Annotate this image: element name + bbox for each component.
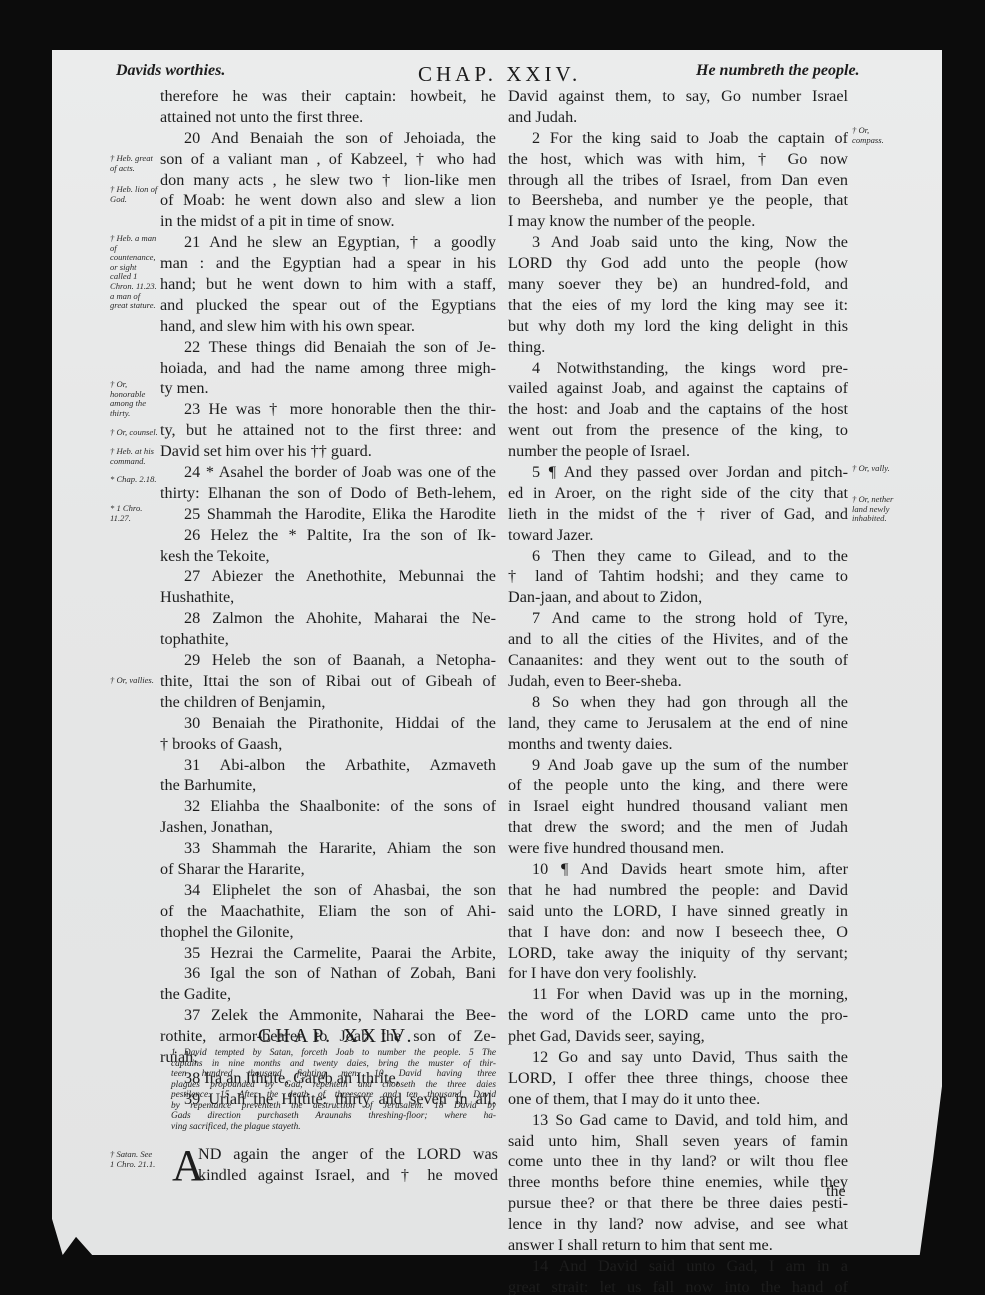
margin-note: * 1 Chro. 11.27.: [110, 504, 158, 523]
text-line: thing.: [508, 337, 848, 358]
text-line: that the eies of my lord the king may se…: [508, 295, 848, 316]
text-line: 33 Shammah the Hararite, Ahiam the son: [160, 838, 496, 859]
text-line: 23 He was † more honorable then the thir…: [160, 399, 496, 420]
text-line: † land of Tahtim hodshi; and they came t…: [508, 566, 848, 587]
text-line: David against them, to say, Go number Is…: [508, 86, 848, 107]
text-line: hoiada, and had the name among three mig…: [160, 358, 496, 379]
text-line: said unto him, Shall seven years of fami…: [508, 1131, 848, 1152]
text-line: that I have don: and now I beseech thee,…: [508, 922, 848, 943]
text-line: Dan-jaan, and about to Zidon,: [508, 587, 848, 608]
text-line: 35 Hezrai the Carmelite, Paarai the Arbi…: [160, 943, 496, 964]
opening-verse: ND again the anger of the LORD was kindl…: [198, 1144, 498, 1186]
text-line: and to all the cities of the Hivites, an…: [508, 629, 848, 650]
text-line: 6 Then they came to Gilead, and to the: [508, 546, 848, 567]
running-head-left: Davids worthies.: [116, 62, 225, 84]
running-head-right: He numbreth the people.: [696, 62, 860, 84]
text-line: 10 ¶ And Davids heart smote him, after: [508, 859, 848, 880]
text-line: 22 These things did Benaiah the son of J…: [160, 337, 496, 358]
text-line: 4 Notwithstanding, the kings word pre-: [508, 358, 848, 379]
text-line: LORD, I offer thee three things, choose …: [508, 1068, 848, 1089]
text-line: 8 So when they had gon through all the: [508, 692, 848, 713]
text-line: 7 And came to the strong hold of Tyre,: [508, 608, 848, 629]
text-line: the host, which was with him, † Go now: [508, 149, 848, 170]
margin-note: † Or, nether land newly inhabited.: [852, 495, 898, 524]
text-line: 34 Eliphelet the son of Ahasbai, the son: [160, 880, 496, 901]
summary-line: pestilence. 15 After the death of threes…: [171, 1090, 496, 1101]
text-line: Canaanites: and they went out to the sou…: [508, 650, 848, 671]
text-line: LORD, take away the iniquity of thy serv…: [508, 943, 848, 964]
text-line: but why doth my lord the king delight in…: [508, 316, 848, 337]
text-line: were five hundred thousand men.: [508, 838, 848, 859]
margin-note: † Heb. at his command.: [110, 447, 158, 466]
text-line: don many acts , he slew two † lion-like …: [160, 170, 496, 191]
margin-note: † Or, counsel.: [110, 428, 158, 438]
text-line: vailed against Joab, and against the cap…: [508, 378, 848, 399]
text-line: that he had numbred the people: and Davi…: [508, 880, 848, 901]
text-line: great strait: let us fall now into the h…: [508, 1277, 848, 1295]
text-line: come unto thee in thy land? or wilt thou…: [508, 1151, 848, 1172]
text-line: of Moab: he went down also and slew a li…: [160, 190, 496, 211]
text-line: 37 Zelek the Ammonite, Naharai the Bee-: [160, 1005, 496, 1026]
text-line: 28 Zalmon the Ahohite, Maharai the Ne-: [160, 608, 496, 629]
text-line: therefore he was their captain: howbeit,…: [160, 86, 496, 107]
text-line: kesh the Tekoite,: [160, 546, 496, 567]
margin-note: † Or, honorable among the thirty.: [110, 380, 158, 418]
text-line: the host: and Joab and the captains of t…: [508, 399, 848, 420]
margin-note: † Satan. See 1 Chro. 21.1.: [110, 1150, 158, 1169]
text-line: 29 Heleb the son of Baanah, a Netopha-: [160, 650, 496, 671]
text-line: 5 ¶ And they passed over Jordan and pitc…: [508, 462, 848, 483]
opening-line-1: ND again the anger of the LORD was: [198, 1144, 498, 1165]
summary-line: captains in nine months and twenty daies…: [171, 1059, 496, 1070]
text-line: 21 And he slew an Egyptian, † a goodly: [160, 232, 496, 253]
text-line: 12 Go and say unto David, Thus saith the: [508, 1047, 848, 1068]
text-line: thophel the Gilonite,: [160, 922, 496, 943]
text-line: one of them, that I may do it unto thee.: [508, 1089, 848, 1110]
text-line: Judah, even to Beer-sheba.: [508, 671, 848, 692]
text-line: hand; but he went down to him with a sta…: [160, 274, 496, 295]
margin-note: † Heb. great of acts.: [110, 154, 158, 173]
summary-line: teen hundred thousand fighting men. 10 D…: [171, 1069, 496, 1080]
margin-note: † Or, vally.: [852, 464, 898, 474]
text-line: thirty: Elhanan the son of Dodo of Beth-…: [160, 483, 496, 504]
text-line: son of a valiant man , of Kabzeel, † who…: [160, 149, 496, 170]
text-line: 11 For when David was up in the morning,: [508, 984, 848, 1005]
text-line: the Gadite,: [160, 984, 496, 1005]
margin-note: * Chap. 2.18.: [110, 475, 158, 485]
text-line: LORD thy God add unto the people (how: [508, 253, 848, 274]
text-line: pursue thee? or that there be three daie…: [508, 1193, 848, 1214]
opening-line-2: kindled against Israel, and † he moved: [198, 1165, 498, 1186]
margin-note: † Or, compass.: [852, 126, 898, 145]
left-text-column: therefore he was their captain: howbeit,…: [160, 86, 496, 1110]
text-line: many soever they be) an hundred-fold, an…: [508, 274, 848, 295]
text-line: I may know the number of the people.: [508, 211, 848, 232]
text-line: lence in thy land? now advise, and see w…: [508, 1214, 848, 1235]
text-line: of Sharar the Hararite,: [160, 859, 496, 880]
text-line: of the people unto the king, and there w…: [508, 775, 848, 796]
summary-line: Gads direction purchaseth Araunahs thres…: [171, 1111, 496, 1122]
text-line: tophathite,: [160, 629, 496, 650]
text-line: and plucked the spear out of the Egyptia…: [160, 295, 496, 316]
text-line: 13 So Gad came to David, and told him, a…: [508, 1110, 848, 1131]
text-line: ed in Aroer, on the right side of the ci…: [508, 483, 848, 504]
text-line: the Barhumite,: [160, 775, 496, 796]
text-line: ty men.: [160, 378, 496, 399]
text-line: 31 Abi-albon the Arbathite, Azmaveth: [160, 755, 496, 776]
text-line: attained not unto the first three.: [160, 107, 496, 128]
text-line: toward Jazer.: [508, 525, 848, 546]
text-line: 9 And Joab gave up the sum of the number: [508, 755, 848, 776]
text-line: months and twenty daies.: [508, 734, 848, 755]
right-text-column: David against them, to say, Go number Is…: [508, 86, 848, 1295]
text-line: 2 For the king said to Joab the captain …: [508, 128, 848, 149]
text-line: went out from the presence of the king, …: [508, 420, 848, 441]
running-head-chapter: CHAP. XXIV.: [418, 62, 581, 84]
text-line: that drew the sword; and the men of Juda…: [508, 817, 848, 838]
text-line: 14 And David said unto Gad, I am in a: [508, 1256, 848, 1277]
text-line: 3 And Joab said unto the king, Now the: [508, 232, 848, 253]
catchword: the: [826, 1183, 846, 1201]
chapter-summary: 1 David tempted by Satan, forceth Joab t…: [171, 1048, 496, 1132]
text-line: 24 * Asahel the border of Joab was one o…: [160, 462, 496, 483]
text-line: phet Gad, Davids seer, saying,: [508, 1026, 848, 1047]
text-line: for I have don very foolishly.: [508, 963, 848, 984]
text-line: David set him over his †† guard.: [160, 441, 496, 462]
text-line: in Israel eight hundred thousand valiant…: [508, 796, 848, 817]
text-line: 25 Shammah the Harodite, Elika the Harod…: [160, 504, 496, 525]
margin-note: † Heb. a man of countenance, or sight ca…: [110, 234, 158, 311]
text-line: 30 Benaiah the Pirathonite, Hiddai of th…: [160, 713, 496, 734]
text-line: of the Maachathite, Eliam the son of Ahi…: [160, 901, 496, 922]
text-line: to Beersheba, and number ye the people, …: [508, 190, 848, 211]
text-line: the word of the LORD came unto the pro-: [508, 1005, 848, 1026]
text-line: and Judah.: [508, 107, 848, 128]
text-line: Hushathite,: [160, 587, 496, 608]
text-line: 27 Abiezer the Anethothite, Mebunnai the: [160, 566, 496, 587]
text-line: hand, and slew him with his own spear.: [160, 316, 496, 337]
text-line: 32 Eliahba the Shaalbonite: of the sons …: [160, 796, 496, 817]
text-line: 36 Igal the son of Nathan of Zobah, Bani: [160, 963, 496, 984]
summary-line: by repentance preventeth the destruction…: [171, 1101, 496, 1112]
margin-note: † Or, vallies.: [110, 676, 158, 686]
text-line: 26 Helez the * Paltite, Ira the son of I…: [160, 525, 496, 546]
text-line: said unto the LORD, I have sinned greatl…: [508, 901, 848, 922]
text-line: three months before thine enemies, while…: [508, 1172, 848, 1193]
summary-line: plagues propounded by Gad, repenteth and…: [171, 1080, 496, 1091]
text-line: answer I shall return to him that sent m…: [508, 1235, 848, 1256]
text-line: thite, Ittai the son of Ribai out of Gib…: [160, 671, 496, 692]
text-line: number the people of Israel.: [508, 441, 848, 462]
summary-line: ving sacrificed, the plague stayeth.: [171, 1122, 496, 1133]
text-line: through all the tribes of Israel, from D…: [508, 170, 848, 191]
text-line: lieth in the midst of the † river of Gad…: [508, 504, 848, 525]
text-line: † brooks of Gaash,: [160, 734, 496, 755]
text-line: ty, but he attained not to the first thr…: [160, 420, 496, 441]
text-line: 20 And Benaiah the son of Jehoiada, the: [160, 128, 496, 149]
text-line: land, they came to Jerusalem at the end …: [508, 713, 848, 734]
text-line: man : and the Egyptian had a spear in hi…: [160, 253, 496, 274]
text-line: Jashen, Jonathan,: [160, 817, 496, 838]
text-line: the children of Benjamin,: [160, 692, 496, 713]
chapter-heading: CHAP. XXIV.: [258, 1025, 416, 1048]
margin-note: † Heb. lion of God.: [110, 185, 158, 204]
text-line: in the midst of a pit in time of snow.: [160, 211, 496, 232]
summary-line: 1 David tempted by Satan, forceth Joab t…: [171, 1048, 496, 1059]
